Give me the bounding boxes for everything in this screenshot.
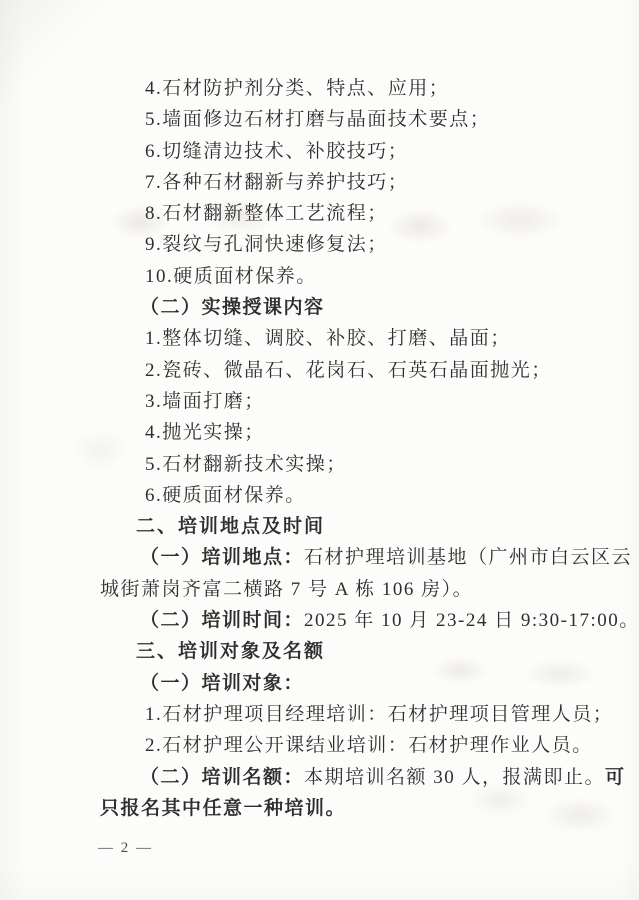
line-text: 8.石材翻新整体工艺流程；	[145, 203, 388, 224]
section-heading: 二、培训地点及时间	[100, 511, 548, 542]
line-label: （二）培训名额：	[140, 767, 304, 788]
list-item: 8.石材翻新整体工艺流程；	[100, 198, 548, 229]
line-text: 本期培训名额 30 人，报满即止。	[304, 767, 605, 788]
line-text: 1.整体切缝、调胶、补胶、打磨、晶面；	[145, 328, 511, 349]
list-item: 2.石材护理公开课结业培训：石材护理作业人员。	[100, 730, 548, 761]
line-text: 城街萧岗齐富二横路 7 号 A 栋 106 房）。	[100, 579, 473, 600]
list-item: 2.瓷砖、微晶石、花岗石、石英石晶面抛光；	[100, 355, 548, 386]
document-body: 4.石材防护剂分类、特点、应用； 5.墙面修边石材打磨与晶面技术要点； 6.切缝…	[100, 73, 548, 824]
subsection-heading: （一）培训对象：	[100, 668, 548, 699]
section-heading: 三、培训对象及名额	[100, 636, 548, 667]
list-item: 10.硬质面材保养。	[100, 261, 548, 292]
list-item: 3.墙面打磨；	[100, 386, 548, 417]
page-number: — 2 —	[98, 840, 153, 857]
list-item: 6.切缝清边技术、补胶技巧；	[100, 136, 548, 167]
line-text: 9.裂纹与孔洞快速修复法；	[145, 234, 388, 255]
line-text: 三、培训对象及名额	[136, 641, 325, 662]
line-label: （二）培训时间：	[140, 610, 304, 631]
line-text: 2.瓷砖、微晶石、花岗石、石英石晶面抛光；	[145, 360, 552, 381]
list-item: 4.抛光实操；	[100, 417, 548, 448]
line-text: 3.墙面打磨；	[145, 391, 265, 412]
line-text: （二）实操授课内容	[140, 297, 325, 318]
line-text: 4.抛光实操；	[145, 422, 265, 443]
list-item: 5.墙面修边石材打磨与晶面技术要点；	[100, 104, 548, 135]
line-text: 2.石材护理公开课结业培训：石材护理作业人员。	[145, 735, 593, 756]
line-text: 只报名其中任意一种培训。	[100, 798, 346, 819]
line-text: 6.切缝清边技术、补胶技巧；	[145, 141, 408, 162]
line-text: 1.石材护理项目经理培训：石材护理项目管理人员；	[145, 704, 613, 725]
list-item: 6.硬质面材保养。	[100, 480, 548, 511]
line-text: 石材护理培训基地（广州市白云区云	[304, 547, 632, 568]
list-item: 5.石材翻新技术实操；	[100, 449, 548, 480]
line-text: 二、培训地点及时间	[136, 516, 325, 537]
paragraph-line: （二）培训时间：2025 年 10 月 23-24 日 9:30-17:00。	[100, 605, 548, 636]
line-text: 10.硬质面材保养。	[145, 266, 317, 287]
scanned-document-page: 4.石材防护剂分类、特点、应用； 5.墙面修边石材打磨与晶面技术要点； 6.切缝…	[0, 0, 639, 900]
line-text: 4.石材防护剂分类、特点、应用；	[145, 78, 449, 99]
paragraph-line: （二）培训名额：本期培训名额 30 人，报满即止。可	[100, 762, 548, 793]
list-item: 4.石材防护剂分类、特点、应用；	[100, 73, 548, 104]
list-item: 1.整体切缝、调胶、补胶、打磨、晶面；	[100, 323, 548, 354]
line-text: 5.石材翻新技术实操；	[145, 454, 347, 475]
line-text: （一）培训对象：	[140, 673, 304, 694]
list-item: 9.裂纹与孔洞快速修复法；	[100, 229, 548, 260]
line-text-bold: 可	[605, 767, 626, 788]
subsection-heading: （二）实操授课内容	[100, 292, 548, 323]
list-item: 7.各种石材翻新与养护技巧；	[100, 167, 548, 198]
line-text: 7.各种石材翻新与养护技巧；	[145, 172, 408, 193]
line-text: 5.墙面修边石材打磨与晶面技术要点；	[145, 109, 490, 130]
line-text: 2025 年 10 月 23-24 日 9:30-17:00。	[304, 610, 639, 631]
paragraph-line: 只报名其中任意一种培训。	[100, 793, 548, 824]
line-text: 6.硬质面材保养。	[145, 485, 306, 506]
list-item: 1.石材护理项目经理培训：石材护理项目管理人员；	[100, 699, 548, 730]
paragraph-line: 城街萧岗齐富二横路 7 号 A 栋 106 房）。	[100, 574, 548, 605]
paragraph-line: （一）培训地点：石材护理培训基地（广州市白云区云	[100, 542, 548, 573]
line-label: （一）培训地点：	[140, 547, 304, 568]
